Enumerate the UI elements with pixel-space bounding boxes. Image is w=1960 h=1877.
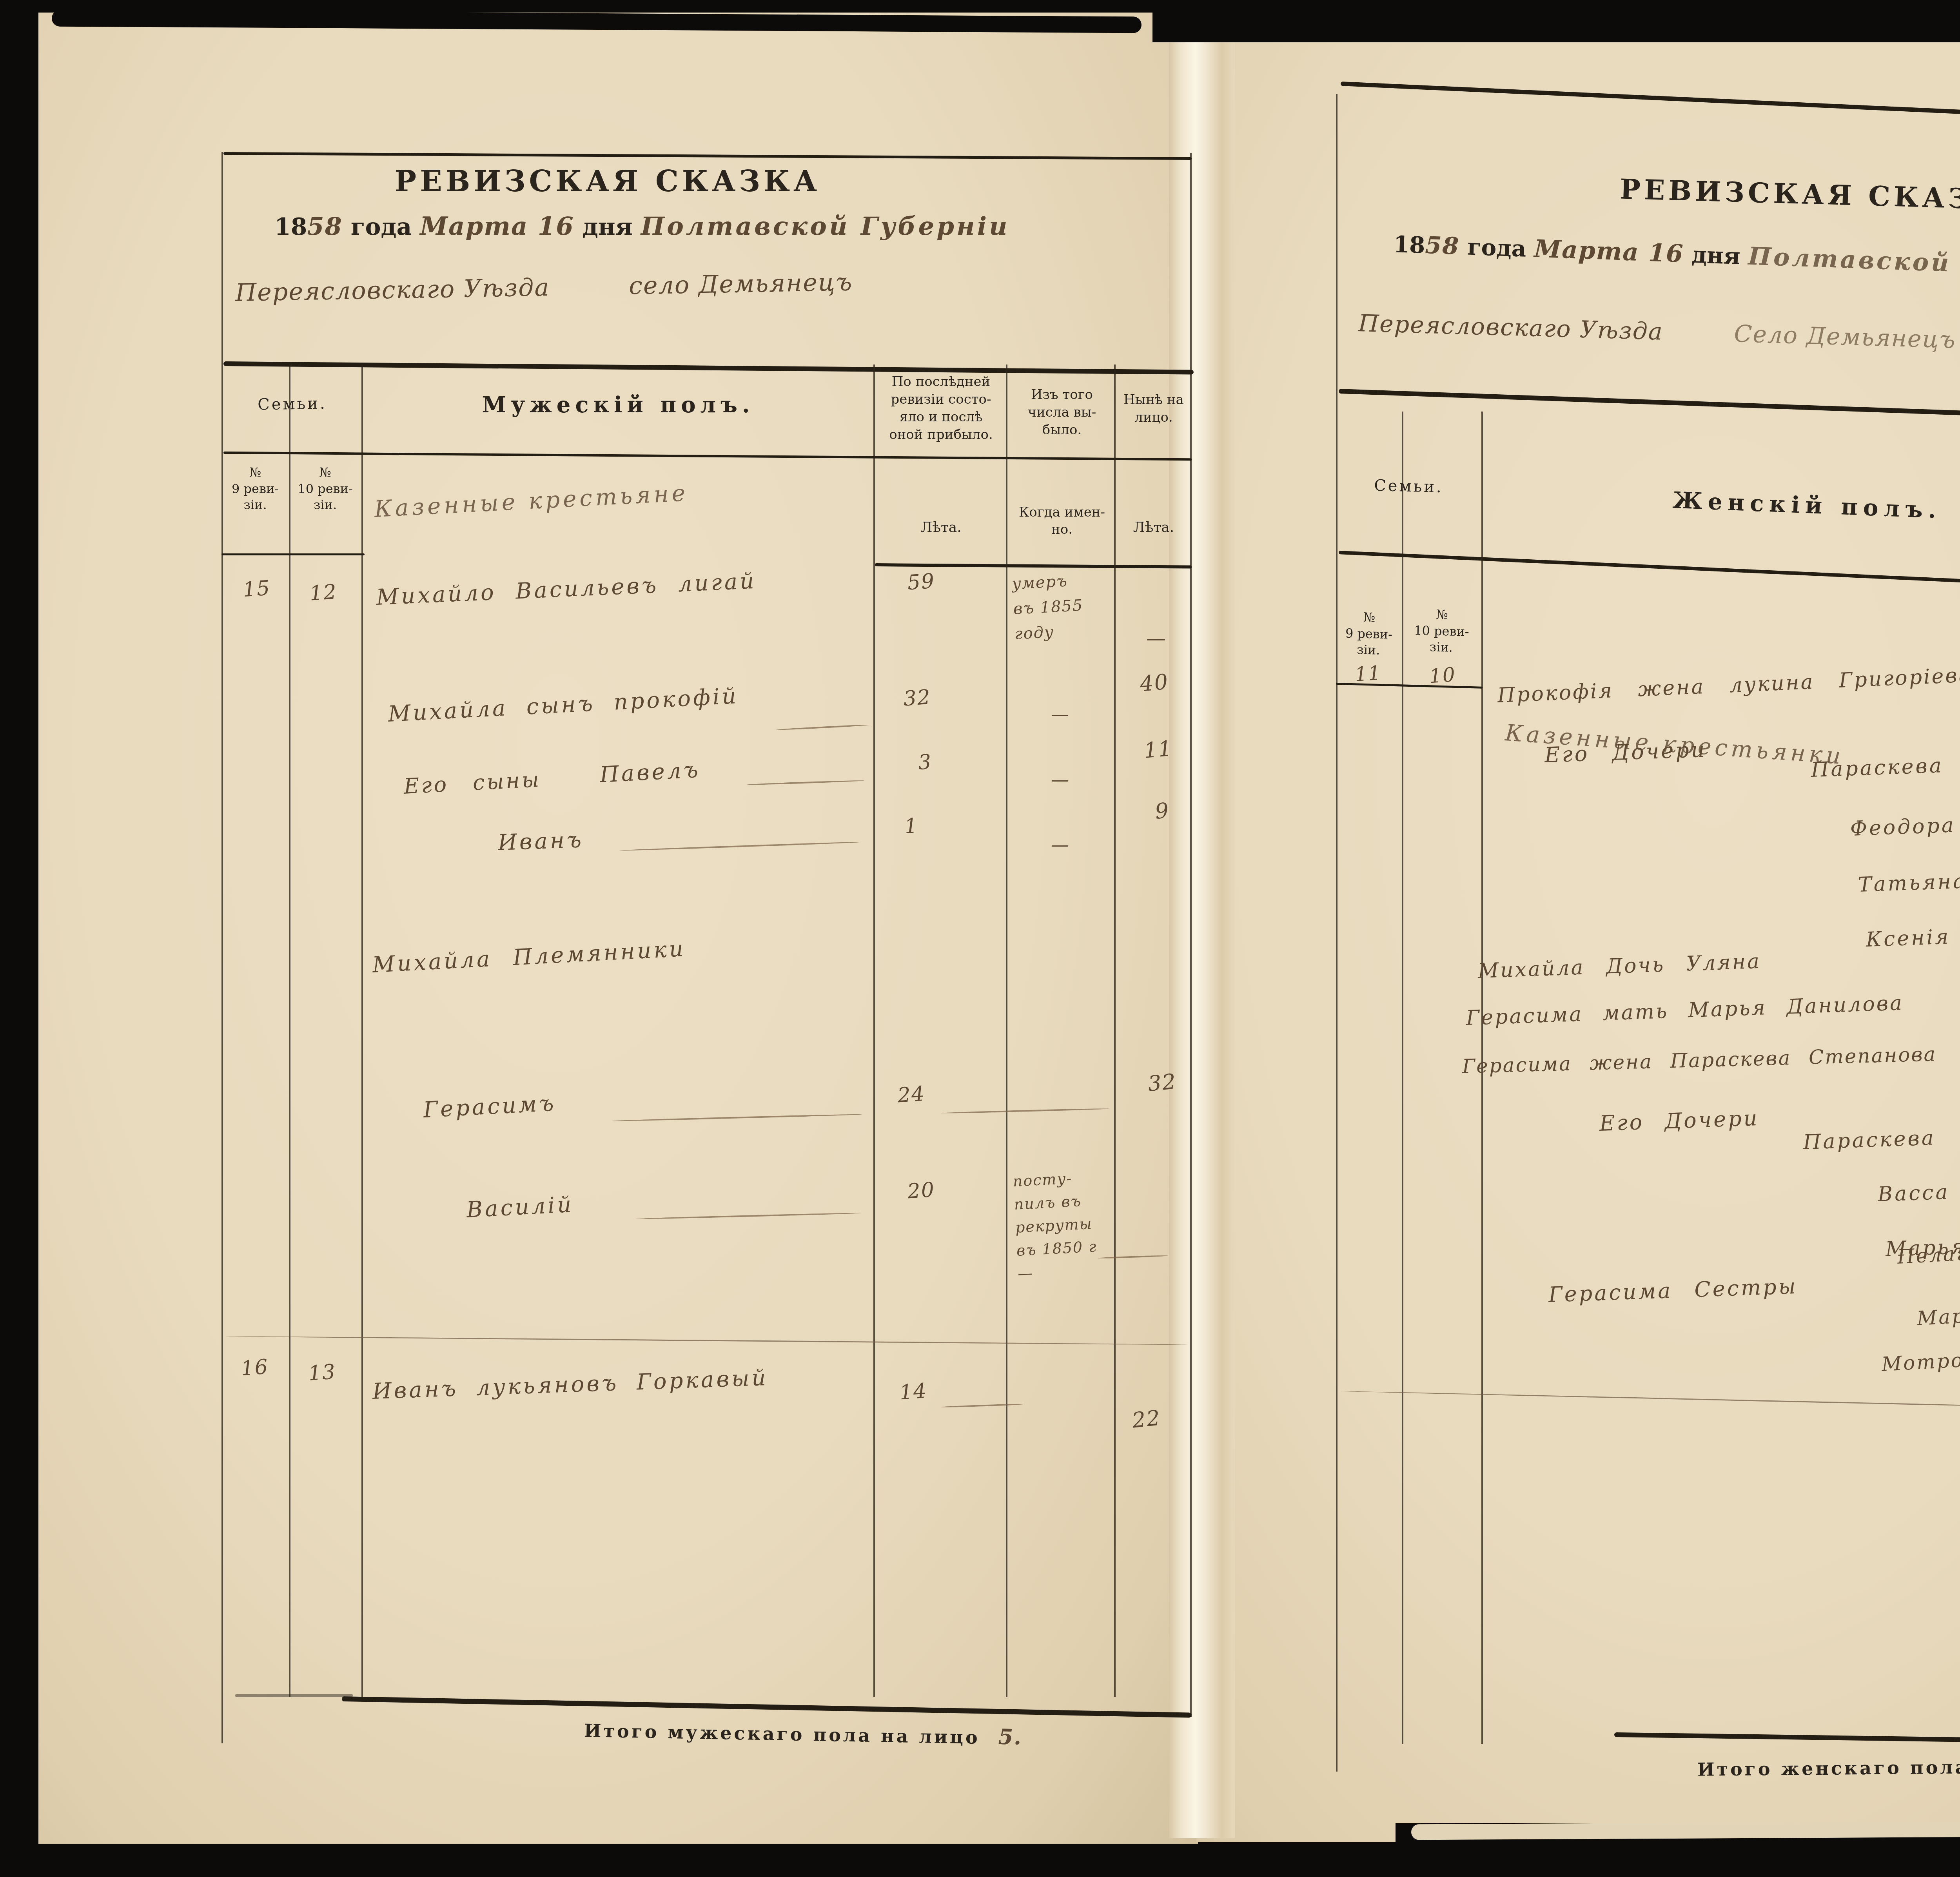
col-last-revision-header: По послѣдней ревизіи состо- яло и послѣ …	[877, 373, 1005, 444]
page-title: РЕВИЗСКАЯ СКАЗКА	[355, 165, 860, 198]
printed-day-word: дня	[583, 213, 633, 241]
scan-top-edge-right	[1152, 0, 1960, 42]
col-rev9-header: № 9 реви- зіи.	[1335, 609, 1402, 659]
row-note: —	[1013, 769, 1107, 790]
year-handwritten: 58	[1425, 232, 1460, 260]
table-column-line	[289, 365, 290, 1697]
table-border-line	[1190, 153, 1192, 1717]
printed-day-word: дня	[1691, 241, 1740, 270]
scanned-book-spread: РЕВИЗСКАЯ СКАЗКА 1858 года Марта 16 дня …	[0, 0, 1960, 1877]
printed-year-word: года	[1467, 234, 1527, 262]
col-rev10-header: № 10 реви- зіи.	[289, 464, 361, 513]
date-handwritten: Марта 16	[1534, 234, 1684, 268]
row-name: Марья	[1916, 1303, 1960, 1330]
table-border-line	[221, 553, 365, 555]
table-column-line	[1006, 365, 1007, 1697]
year-handwritten: 58	[307, 212, 343, 241]
row-note: —	[1013, 704, 1107, 725]
row-name: Васса	[1877, 1181, 1950, 1206]
row-name: Иванъ	[497, 827, 584, 856]
row-name: Ксенія	[1866, 925, 1951, 951]
table-column-line	[873, 365, 875, 1697]
right-page	[1196, 36, 1960, 1842]
row-n10: 10	[1408, 662, 1477, 689]
village-handwritten: село Демьянецъ	[628, 268, 853, 300]
col-leta2-header: Лѣта.	[1117, 519, 1190, 535]
date-handwritten: Марта 16	[420, 212, 574, 241]
table-border-line	[1336, 94, 1338, 1772]
table-bottom-line	[235, 1694, 353, 1697]
col-family-header: Семьи.	[1336, 475, 1481, 497]
col-present-header: Нынѣ на лицо.	[1117, 391, 1190, 426]
date-line: 1858 года Марта 16 дня Полтавской Губерн…	[274, 212, 1176, 241]
printed-year-word: года	[351, 213, 412, 241]
row-n10: 13	[290, 1359, 354, 1387]
col-family-header: Семьи.	[221, 394, 363, 414]
row-n9: 16	[225, 1354, 285, 1382]
printed-year-prefix: 18	[1393, 231, 1426, 259]
row-name: Параскева	[1811, 754, 1944, 782]
male-total-value: 5.	[998, 1724, 1022, 1750]
row-age-now: —	[1125, 627, 1188, 650]
row-note: —	[1013, 834, 1107, 855]
row-name: Павелъ	[599, 757, 701, 788]
col-departed-header: Изъ того числа вы- было.	[1011, 386, 1112, 439]
female-total-label: Итого женскаго пола на лицо	[1697, 1755, 1960, 1780]
row-name: Пелагія	[1896, 1241, 1960, 1268]
table-column-line	[1114, 365, 1116, 1697]
printed-year-prefix: 18	[274, 213, 307, 241]
col-leta-header: Лѣта.	[877, 519, 1005, 535]
row-name: Татьяна	[1858, 869, 1960, 897]
table-border-line	[221, 152, 223, 1743]
row-n10: 12	[291, 579, 356, 607]
center-fold	[1169, 24, 1235, 1838]
row-n9: 11	[1338, 660, 1398, 687]
table-column-line	[361, 365, 363, 1697]
row-n9: 15	[227, 575, 287, 603]
scan-left-edge	[0, 0, 38, 1877]
row-name: Параскева	[1803, 1126, 1936, 1154]
row-note: умеръ въ 1855 году	[1011, 566, 1117, 647]
col-rev10-header: № 10 реви- зіи.	[1401, 606, 1482, 656]
district-handwritten: Переясловскаго Уѣзда	[235, 273, 550, 307]
row-note: посту- пилъ въ рекруты въ 1850 г —	[1012, 1165, 1116, 1285]
row-name: Феодора	[1850, 814, 1956, 841]
female-total-line: Итого женскаго пола на лицо 14	[1697, 1752, 1960, 1781]
province-handwritten: Полтавской Губерніи	[641, 212, 1010, 241]
col-rev9-header: № 9 реви- зіи.	[221, 464, 289, 513]
col-when-header: Когда имен- но.	[1011, 504, 1112, 538]
col-male-sex-header: Мужескій полъ.	[363, 392, 873, 418]
